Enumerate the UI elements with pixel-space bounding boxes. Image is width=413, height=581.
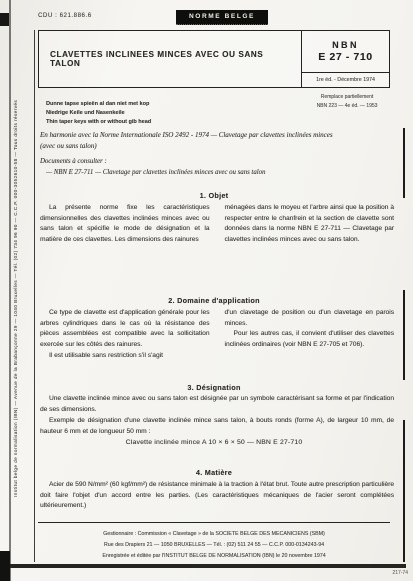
- paragraph: Ce type de clavette est d'application gé…: [40, 308, 210, 351]
- header-box: CLAVETTES INCLINEES MINCES AVEC OU SANS …: [38, 30, 390, 88]
- scan-artifact-right-edge: [403, 290, 405, 380]
- designation-example: Clavette inclinée mince A 10 × 6 × 50 — …: [38, 439, 390, 446]
- section-3-body: Une clavette inclinée mince avec ou sans…: [40, 394, 394, 415]
- section-3-body: Exemple de désignation d'une clavette in…: [40, 416, 394, 437]
- replaces-line: NBN 223 — 4e éd. — 1953: [303, 102, 391, 111]
- paragraph: Une clavette inclinée mince avec ou sans…: [40, 394, 394, 415]
- scan-artifact-bottom-edge: [10, 564, 406, 568]
- title-english: Thin taper keys with or without gib head: [46, 118, 151, 127]
- paragraph: La présente norme fixe les caractéristiq…: [40, 203, 210, 246]
- paragraph: d'un clavetage de position ou d'un clave…: [225, 308, 395, 329]
- section-1-body: La présente norme fixe les caractéristiq…: [40, 203, 394, 246]
- standard-org: NBN: [332, 40, 359, 50]
- scanned-document-page: Institut belge de normalisation (IBN) — …: [0, 0, 413, 581]
- replaces-line: Remplace partiellement: [303, 93, 391, 102]
- scan-artifact-right-edge: [403, 420, 405, 562]
- page-left-rule: [34, 30, 35, 562]
- paragraph: Exemple de désignation d'une clavette in…: [40, 416, 394, 437]
- title-german: Niedrige Keile und Nasenkeile: [46, 109, 151, 118]
- documents-label: Documents à consulter :: [40, 157, 394, 168]
- section-1-heading: 1. Objet: [38, 191, 390, 200]
- standard-reference: NBN E 27 - 710: [302, 31, 389, 72]
- footer-manager-line: Gestionnaire : Commission « Clavetage » …: [38, 529, 390, 540]
- iso-harmony-line2: (avec ou sans talon): [40, 141, 394, 152]
- scan-artifact-left-edge: [9, 0, 11, 581]
- cdu-classification: CDU : 621.886.6: [38, 13, 92, 19]
- section-1-right-column: ménagées dans le moyeu et l'arbre ainsi …: [225, 203, 395, 246]
- section-3-heading: 3. Désignation: [38, 383, 390, 392]
- scan-artifact-corner-bottom-left: [0, 551, 10, 581]
- edition-date: 1re éd. - Décembre 1974: [302, 72, 389, 87]
- documents-to-consult: Documents à consulter : — NBN E 27-711 —…: [40, 157, 394, 179]
- title-translations: Dunne tapse spieën al dan niet met kop N…: [46, 100, 151, 128]
- bottom-right-code: 217-74: [330, 570, 408, 576]
- norme-belge-badge: NORME BELGE: [176, 10, 268, 25]
- title-dutch: Dunne tapse spieën al dan niet met kop: [46, 100, 151, 109]
- section-2-left-column: Ce type de clavette est d'application gé…: [40, 308, 210, 361]
- scan-artifact-right-edge: [403, 128, 405, 198]
- reference-cell: NBN E 27 - 710 1re éd. - Décembre 1974: [301, 31, 389, 87]
- footer-publisher-line: Enregistrée et éditée par l'INSTITUT BEL…: [38, 551, 390, 562]
- document-title: CLAVETTES INCLINEES MINCES AVEC OU SANS …: [39, 31, 301, 87]
- footer-address-line: Rue des Drapiers 21 — 1050 BRUXELLES — T…: [38, 540, 390, 551]
- section-2-right-column: d'un clavetage de position ou d'un clave…: [225, 308, 395, 361]
- replaces-note: Remplace partiellement NBN 223 — 4e éd. …: [303, 93, 391, 111]
- document-reference-item: — NBN E 27-711 — Clavetage par clavettes…: [40, 168, 394, 179]
- paragraph: ménagées dans le moyeu et l'arbre ainsi …: [225, 203, 395, 246]
- paragraph: Pour les autres cas, il convient d'utili…: [225, 329, 395, 350]
- paragraph: Acier de 590 N/mm² (60 kgf/mm²) de résis…: [40, 480, 394, 512]
- margin-publisher-note: Institut belge de normalisation (IBN) — …: [13, 36, 26, 561]
- section-2-body: Ce type de clavette est d'application gé…: [40, 308, 394, 361]
- section-4-heading: 4. Matière: [38, 468, 390, 477]
- paragraph: Il est utilisable sans restriction s'il …: [40, 351, 210, 362]
- section-1-left-column: La présente norme fixe les caractéristiq…: [40, 203, 210, 246]
- section-2-heading: 2. Domaine d'application: [38, 296, 390, 305]
- iso-harmony-note: En harmonie avec la Norme Internationale…: [40, 130, 394, 151]
- standard-number: E 27 - 710: [318, 51, 372, 63]
- scan-artifact-corner-top-left: [0, 13, 9, 26]
- footer-imprint: Gestionnaire : Commission « Clavetage » …: [38, 522, 390, 562]
- section-4-body: Acier de 590 N/mm² (60 kgf/mm²) de résis…: [40, 480, 394, 512]
- iso-harmony-line1: En harmonie avec la Norme Internationale…: [40, 130, 394, 141]
